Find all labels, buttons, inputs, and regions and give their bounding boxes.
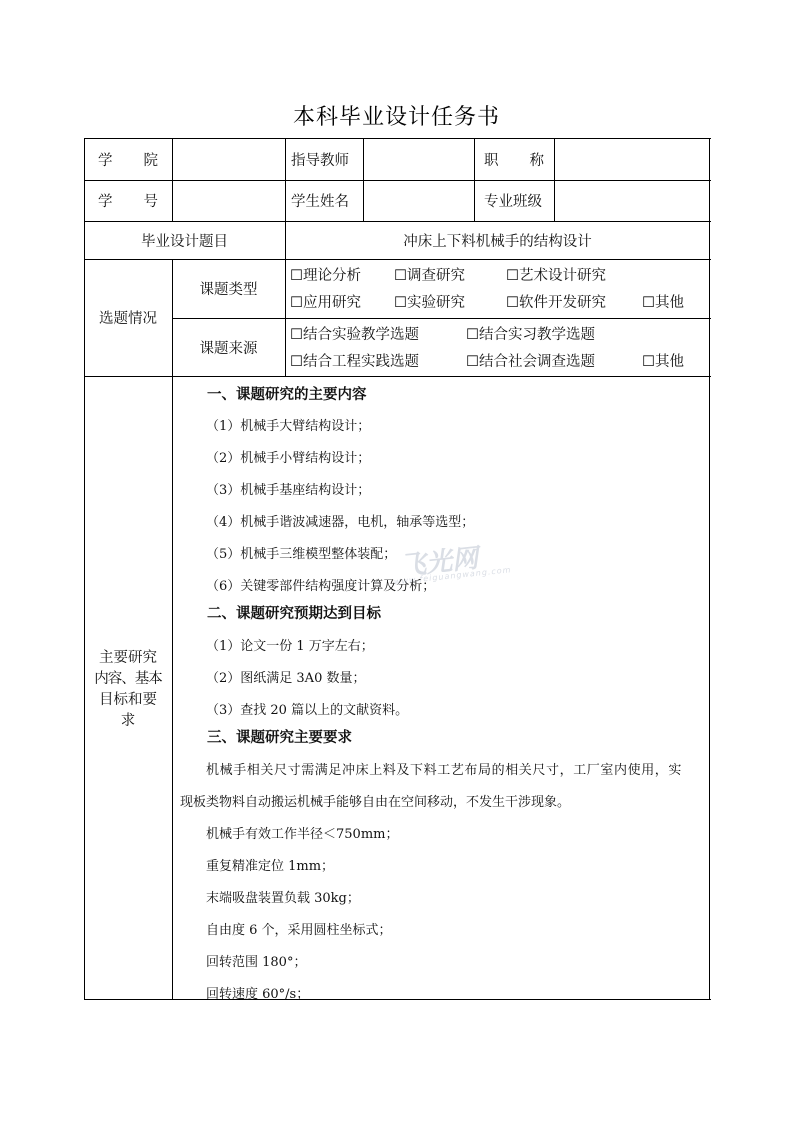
- section3-item: 机械手有效工作半径＜750mm；: [206, 823, 398, 842]
- label-line: 求: [84, 711, 172, 732]
- section2-item: （1）论文一份 1 万字左右；: [206, 635, 374, 654]
- college-field[interactable]: [172, 138, 285, 180]
- topic-selection-label: 选题情况: [84, 259, 172, 376]
- label-char: 学: [98, 190, 113, 211]
- checkbox-other-source[interactable]: ☐其他: [642, 350, 684, 371]
- checkbox-other-type[interactable]: ☐其他: [642, 291, 684, 312]
- title-rank-label: 职 称: [474, 138, 554, 180]
- label-char: 学: [98, 149, 113, 170]
- section3-item: 回转范围 180°；: [206, 951, 306, 970]
- checkbox-lab-teaching[interactable]: ☐结合实验教学选题: [290, 323, 419, 344]
- section2-item: （3）查找 20 篇以上的文献资料。: [206, 699, 408, 718]
- student-name-label: 学生姓名: [285, 180, 363, 221]
- label-char: 称: [530, 149, 545, 170]
- checkbox-survey-research[interactable]: ☐调查研究: [394, 264, 465, 285]
- student-id-field[interactable]: [172, 180, 285, 221]
- section1-item: （3）机械手基座结构设计；: [206, 479, 370, 498]
- checkbox-experimental-research[interactable]: ☐实验研究: [394, 291, 465, 312]
- topic-type-label: 课题类型: [172, 259, 285, 318]
- title-rank-field[interactable]: [554, 138, 710, 180]
- section1-item: （5）机械手三维模型整体装配；: [206, 543, 396, 562]
- topic-source-label: 课题来源: [172, 318, 285, 376]
- student-id-label: 学 号: [84, 180, 172, 221]
- checkbox-art-design-research[interactable]: ☐艺术设计研究: [506, 264, 606, 285]
- student-name-field[interactable]: [363, 180, 474, 221]
- label-line: 内容、基本: [84, 669, 172, 690]
- table-border-bottom: [84, 999, 711, 1000]
- watermark: 飞光网 www.feiguangwang.com: [398, 534, 512, 585]
- section1-heading: 一、课题研究的主要内容: [207, 383, 367, 404]
- college-label: 学 院: [84, 138, 172, 180]
- label-char: 院: [144, 149, 159, 170]
- checkbox-engineering-practice[interactable]: ☐结合工程实践选题: [290, 350, 419, 371]
- section3-item: 末端吸盘装置负载 30kg；: [206, 887, 360, 906]
- section2-item: （2）图纸满足 3A0 数量；: [206, 667, 365, 686]
- label-char: 职: [484, 149, 499, 170]
- thesis-topic-label: 毕业设计题目: [84, 221, 285, 259]
- section3-heading: 三、课题研究主要要求: [207, 726, 352, 747]
- section3-item: 自由度 6 个，采用圆柱坐标式；: [206, 919, 392, 938]
- section3-item: 重复精准定位 1mm；: [206, 855, 334, 874]
- label-line: 目标和要: [84, 690, 172, 711]
- checkbox-applied-research[interactable]: ☐应用研究: [290, 291, 361, 312]
- advisor-label: 指导教师: [285, 138, 363, 180]
- checkbox-internship-teaching[interactable]: ☐结合实习教学选题: [466, 323, 595, 344]
- major-class-label: 专业班级: [474, 180, 554, 221]
- section3-item: 回转速度 60°/s；: [206, 983, 309, 1002]
- section1-item: （1）机械手大臂结构设计；: [206, 415, 370, 434]
- checkbox-social-survey[interactable]: ☐结合社会调查选题: [466, 350, 595, 371]
- label-line: 主要研究: [84, 648, 172, 669]
- major-class-field[interactable]: [554, 180, 710, 221]
- advisor-field[interactable]: [363, 138, 474, 180]
- row-divider: [84, 376, 711, 377]
- document-title: 本科毕业设计任务书: [0, 100, 793, 131]
- label-char: 号: [144, 190, 159, 211]
- section1-item: （4）机械手谐波减速器，电机，轴承等选型；: [206, 511, 474, 530]
- section3-paragraph-line: 机械手相关尺寸需满足冲床上料及下料工艺布局的相关尺寸，工厂室内使用，实: [206, 759, 682, 778]
- thesis-topic-value: 冲床上下料机械手的结构设计: [285, 221, 710, 259]
- main-content-label: 主要研究 内容、基本 目标和要 求: [84, 648, 172, 732]
- checkbox-software-development[interactable]: ☐软件开发研究: [506, 291, 606, 312]
- section2-heading: 二、课题研究预期达到目标: [207, 602, 381, 623]
- section1-item: （2）机械手小臂结构设计；: [206, 447, 370, 466]
- table-border-right: [709, 138, 710, 1000]
- checkbox-theoretical-analysis[interactable]: ☐理论分析: [290, 264, 361, 285]
- section3-paragraph-line: 现板类物料自动搬运机械手能够自由在空间移动，不发生干涉现象。: [180, 791, 570, 810]
